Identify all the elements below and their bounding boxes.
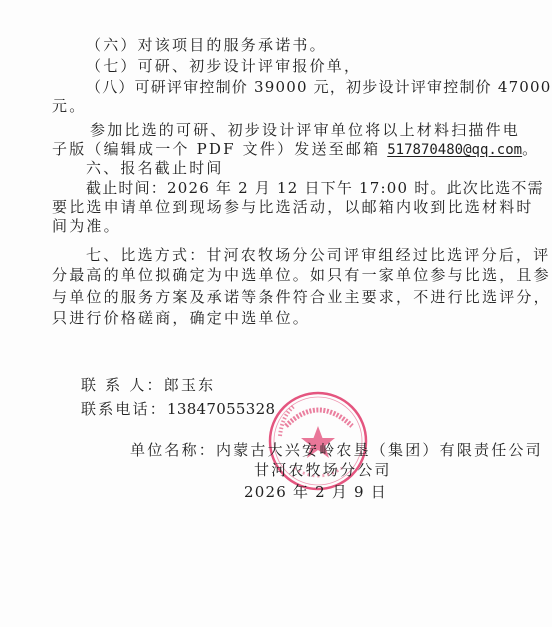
submission-text: 子版（编辑成一个 PDF 文件）发送至邮箱 <box>52 140 387 158</box>
section7-line4: 只进行价格磋商，确定中选单位。 <box>52 309 310 327</box>
org-label: 单位名称： <box>130 441 216 459</box>
section6-line2: 要比选申请单位到现场参与比选活动，以邮箱内收到比选材料时 <box>52 198 534 216</box>
submission-end: 。 <box>522 140 539 158</box>
section7-line1: 七、比选方式：甘河农牧场分公司评审组经过比选评分后，评 <box>86 246 550 264</box>
contact-person-name: 郎玉东 <box>164 376 216 394</box>
section6-line1: 截止时间：2026 年 2 月 12 日下午 17:00 时。此次比选不需 <box>86 179 544 197</box>
email-link[interactable]: 517870480@qq.com <box>387 142 522 158</box>
item-8-line1: （八）可研评审控制价 39000 元，初步设计评审控制价 47000 <box>86 78 552 96</box>
contact-phone: 联系电话：13847055328 <box>81 400 275 418</box>
section6-line3: 间为准。 <box>52 217 121 235</box>
contact-phone-label: 联系电话： <box>81 400 167 418</box>
item-6: （六）对该项目的服务承诺书。 <box>86 36 327 54</box>
section6-heading: 六、报名截止时间 <box>86 159 224 177</box>
contact-phone-number[interactable]: 13847055328 <box>167 400 275 418</box>
org-line: 单位名称：内蒙古大兴安岭农垦（集团）有限责任公司 <box>130 441 543 459</box>
branch-name: 甘河农牧场分公司 <box>254 461 392 479</box>
org-name: 内蒙古大兴安岭农垦（集团）有限责任公司 <box>216 441 543 459</box>
item-7: （七）可研、初步设计评审报价单， <box>86 57 361 75</box>
contact-person: 联 系 人：郎玉东 <box>81 376 215 394</box>
contact-person-label: 联 系 人： <box>81 376 164 394</box>
submission-line2: 子版（编辑成一个 PDF 文件）发送至邮箱 517870480@qq.com。 <box>52 140 539 159</box>
section7-line3: 与单位的服务方案及承诺等条件符合业主要求，不进行比选评分， <box>52 288 551 306</box>
item-8-line2: 元。 <box>52 97 86 115</box>
section7-line2: 分最高的单位拟确定为中选单位。如只有一家单位参与比选，且参 <box>52 266 551 284</box>
signature-date: 2026 年 2 月 9 日 <box>244 483 387 501</box>
document-page: （六）对该项目的服务承诺书。 （七）可研、初步设计评审报价单， （八）可研评审控… <box>0 0 552 627</box>
submission-line1: 参加比选的可研、初步设计评审单位将以上材料扫描件电 <box>90 121 520 139</box>
